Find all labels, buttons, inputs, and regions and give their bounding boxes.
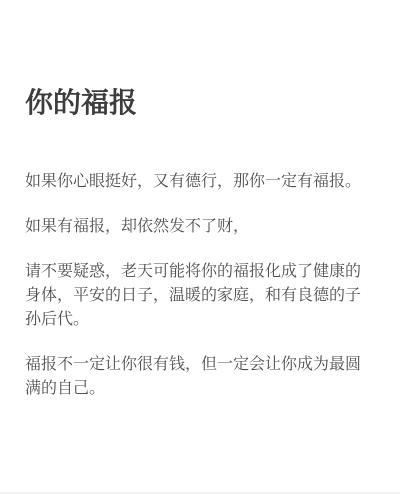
article-body: 如果你心眼挺好，又有德行，那你一定有福报。如果有福报，却依然发不了财，请不要疑惑… — [25, 170, 375, 401]
paragraph: 请不要疑惑，老天可能将你的福报化成了健康的身体，平安的日子，温暖的家庭，和有良德… — [25, 260, 375, 332]
article-page: 你的福报 如果你心眼挺好，又有德行，那你一定有福报。如果有福报，却依然发不了财，… — [0, 0, 400, 494]
page-title: 你的福报 — [25, 0, 375, 119]
paragraph: 福报不一定让你很有钱，但一定会让你成为最圆满的自己。 — [25, 353, 375, 401]
paragraph: 如果有福报，却依然发不了财， — [25, 215, 375, 239]
paragraph: 如果你心眼挺好，又有德行，那你一定有福报。 — [25, 170, 375, 194]
